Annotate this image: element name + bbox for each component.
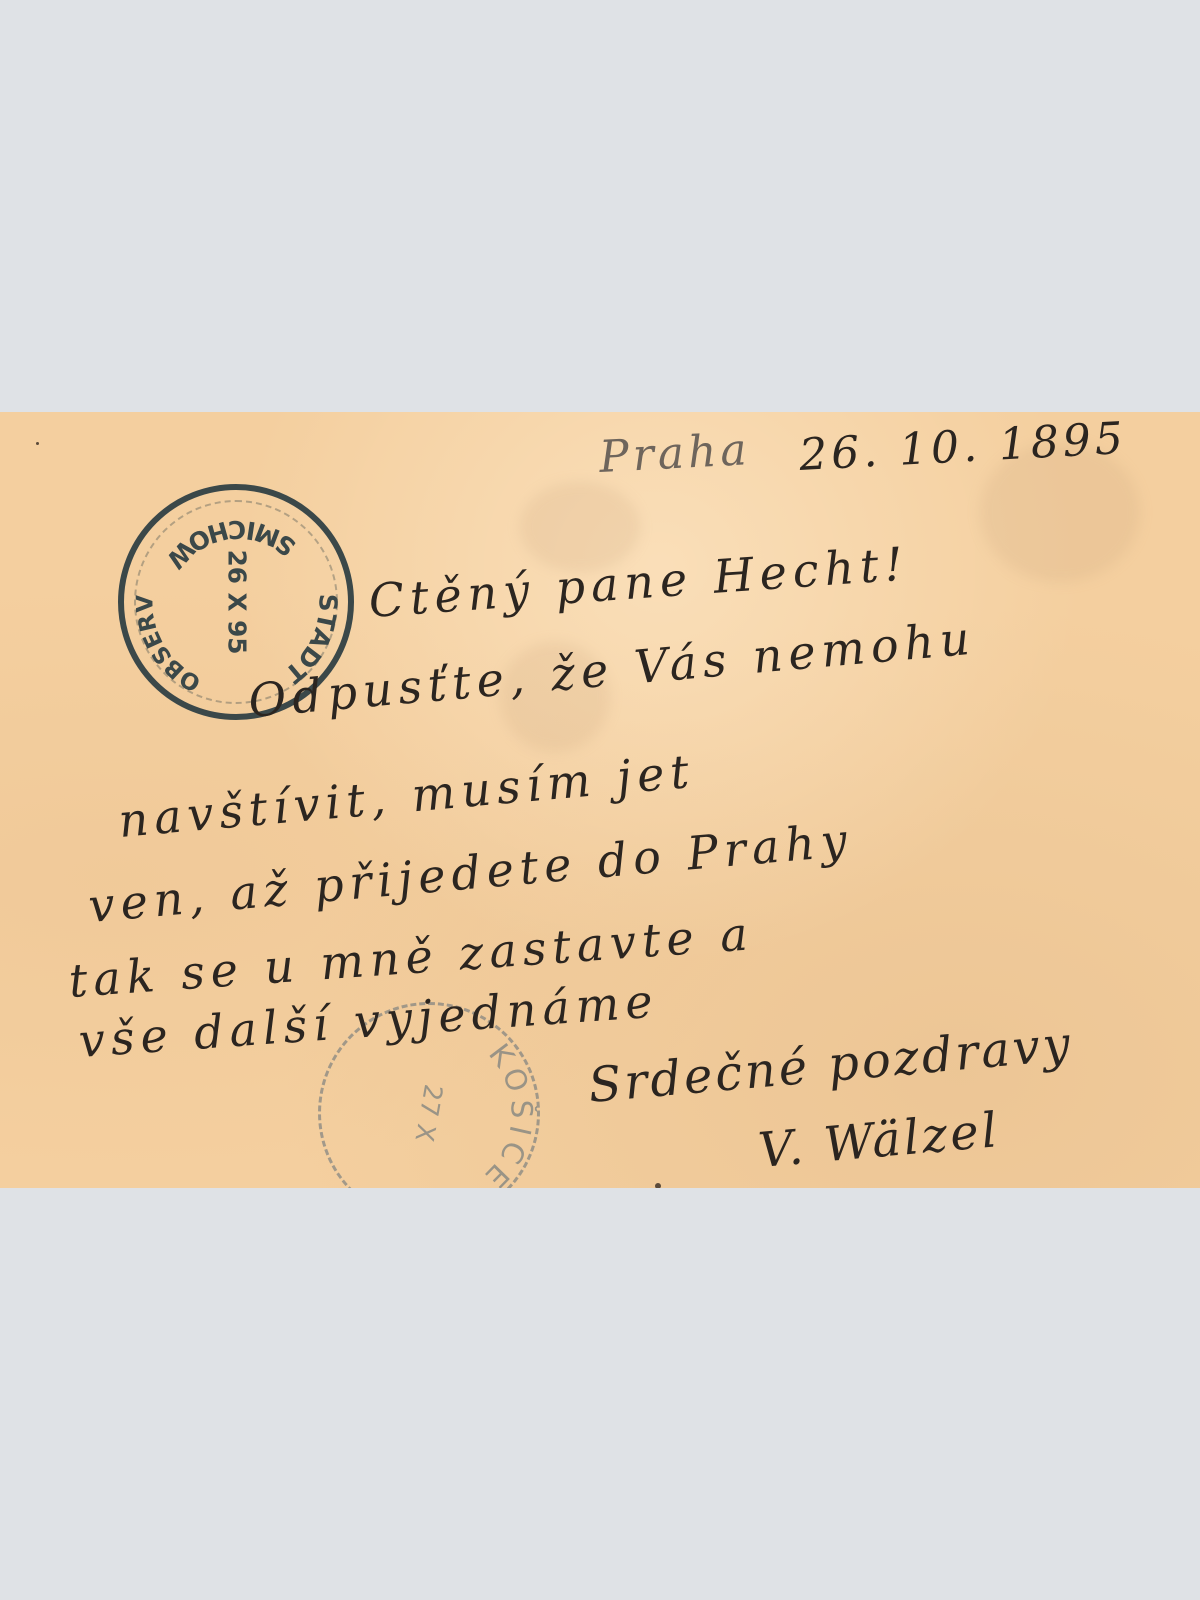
postcard-scan: STADT OBSERV SMICHOW 26 X 95: [0, 412, 1200, 1188]
dateline-date: 26. 10. 1895: [797, 413, 1128, 481]
body-line-1: Odpusťte, že Vás nemohu: [246, 611, 977, 728]
dateline-place: Praha: [597, 424, 752, 483]
salutation: Ctěný pane Hecht!: [367, 536, 911, 628]
image-viewer: STADT OBSERV SMICHOW 26 X 95: [0, 0, 1200, 1600]
closing: Srdečné pozdravy: [586, 1016, 1075, 1114]
signature: V. Wälzel: [756, 1102, 1002, 1179]
body-line-2: navštívit, musím jet: [116, 744, 697, 848]
handwritten-message: Praha 26. 10. 1895 Ctěný pane Hecht! Odp…: [0, 412, 1200, 1188]
